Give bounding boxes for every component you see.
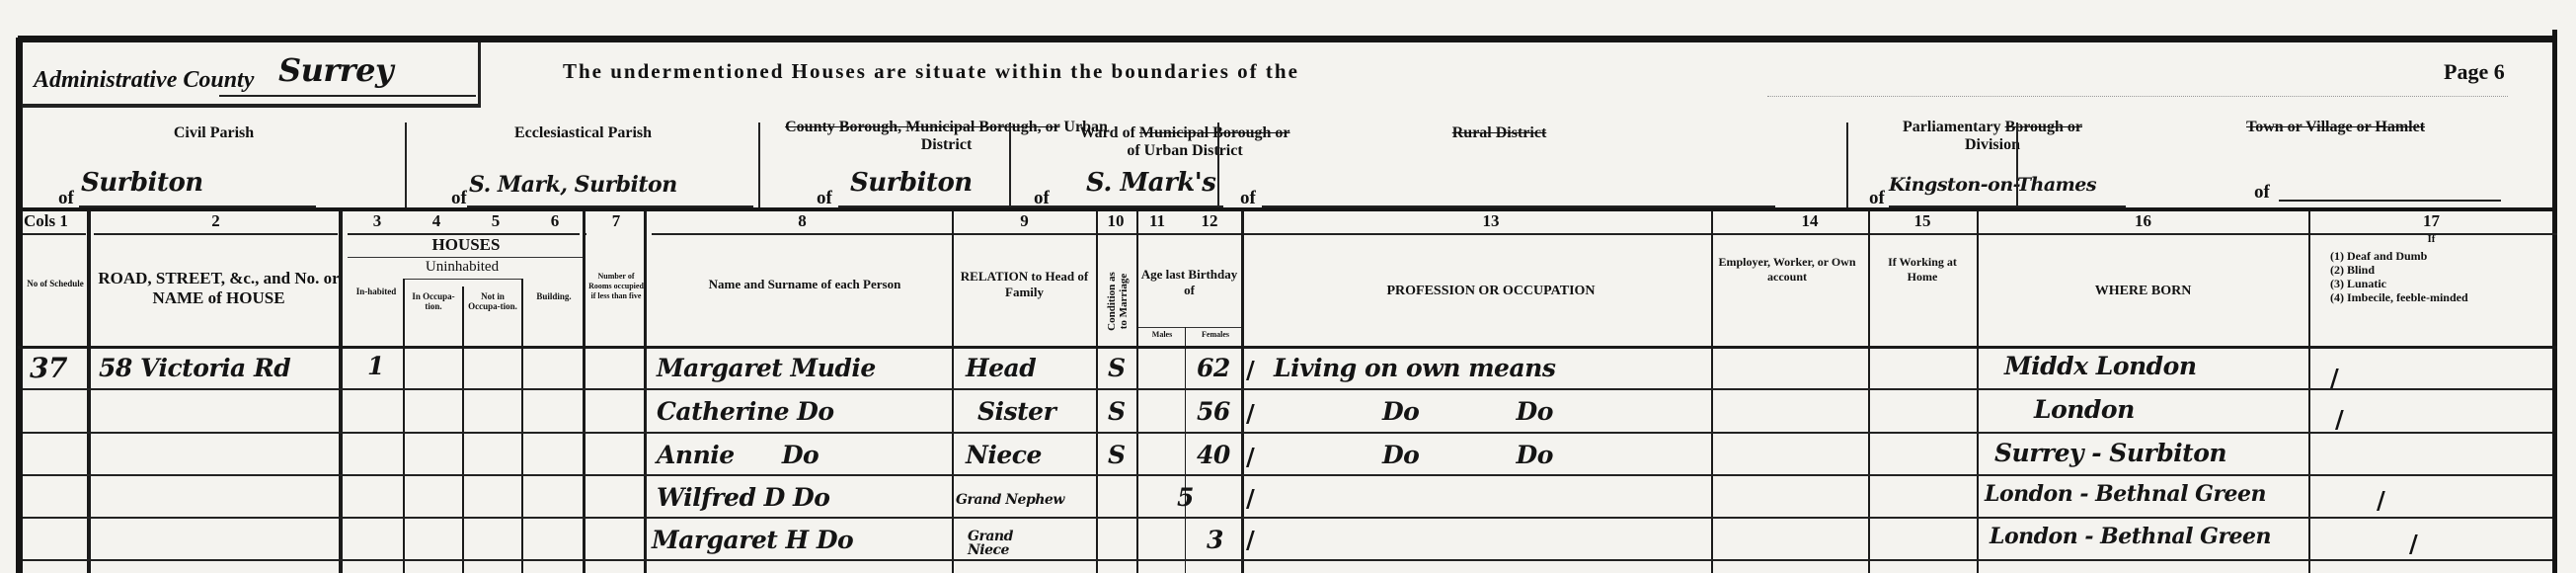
row-rule (23, 474, 2552, 476)
region-label-plain: Ward of (1079, 124, 1134, 141)
person-name: Wilfred D Do (657, 483, 829, 512)
infirmity-tick: / (2330, 364, 2339, 392)
infirmity-tick: / (2377, 486, 2385, 515)
col-divider (1868, 211, 1870, 573)
occupation: Do Do (1382, 397, 1553, 426)
row-rule (23, 388, 2552, 390)
region-of: of (451, 188, 467, 209)
county-underline (219, 95, 476, 97)
row-rule (23, 517, 2552, 519)
marital-condition: S (1108, 397, 1126, 426)
header-schedule-number: No of Schedule (23, 279, 88, 288)
col-number-14: 14 (1736, 211, 1884, 231)
infirmity-item: (2) Blind (2330, 263, 2547, 277)
col-divider (2308, 211, 2310, 573)
col-divider (521, 279, 523, 573)
occupation-tick: / (1246, 399, 1255, 428)
where-born: Surrey - Surbiton (1994, 439, 2226, 467)
relation: Niece (966, 441, 1042, 469)
region-separator (1217, 123, 1219, 207)
header-where-born: WHERE BORN (1978, 284, 2308, 299)
frame-border-left (16, 38, 23, 573)
col-number-12: 12 (1190, 211, 1229, 231)
region-separator (1009, 123, 1011, 207)
header-inhabited: In-habited (348, 286, 405, 296)
infirmity-item: (3) Lunatic (2330, 277, 2547, 290)
header-working-home: If Working at Home (1888, 255, 1957, 285)
col-number-4: 4 (407, 211, 466, 231)
region-label-plain: Parliamentary (1903, 119, 2001, 135)
region-of: of (1240, 188, 1256, 209)
person-name: Catherine Do (657, 397, 834, 426)
infirmity-item: (4) Imbecile, feeble-minded (2330, 290, 2547, 304)
col-number-2: 2 (94, 211, 338, 231)
county-label: Administrative County (34, 67, 254, 94)
person-name: Margaret Mudie (657, 354, 876, 382)
row-rule (23, 432, 2552, 434)
relation: Sister (977, 397, 1055, 426)
page-number: Page 6 (2444, 59, 2505, 85)
region-separator (1846, 123, 1848, 207)
region-separator (405, 123, 407, 207)
col-divider (1136, 211, 1138, 573)
age-female: 3 (1207, 526, 1223, 554)
occupation-tick: / (1246, 526, 1255, 554)
region-of: of (2254, 182, 2270, 204)
col-divider (1185, 327, 1186, 573)
ecclesiastical-parish-value: S. Mark, Surbiton (469, 172, 677, 198)
col-divider (952, 211, 954, 573)
region-label: Civil Parish (24, 124, 404, 142)
age-rule (1137, 327, 1241, 328)
parliamentary-division-value: Kingston-on-Thames (1889, 174, 2096, 196)
boundaries-banner: The undermentioned Houses are situate wi… (563, 59, 1299, 84)
age-female: 62 (1197, 354, 1230, 382)
region-label: Parliamentary Borough or Division (1849, 119, 2136, 154)
col-number-10: 10 (1096, 211, 1135, 231)
header-occupation: PROFESSION OR OCCUPATION (1293, 284, 1688, 299)
age-female: 56 (1197, 397, 1230, 426)
region-of: of (1869, 188, 1885, 209)
region-of: of (1034, 188, 1050, 209)
row-rule (23, 559, 2552, 561)
header-infirmity-if: If (2310, 233, 2552, 245)
region-label-plain2: Division (1965, 136, 2020, 153)
col-number-9: 9 (953, 211, 1096, 231)
region-separator (758, 123, 760, 207)
header-relation: RELATION to Head of Family (953, 269, 1096, 300)
col-divider (1977, 211, 1979, 573)
col-divider (583, 211, 585, 573)
inhabited-count: 1 (367, 352, 384, 380)
col-divider (1096, 211, 1098, 573)
col-number-8: 8 (652, 211, 953, 231)
region-separator (2016, 123, 2018, 207)
region-rural-district: Rural District of (1220, 107, 1778, 210)
header-age: Age last Birthday of (1137, 267, 1241, 298)
schedule-number: 37 (30, 352, 67, 384)
col-divider (462, 286, 464, 573)
header-employer: Employer, Worker, or Own account (1713, 255, 1861, 285)
header-bottom-rule (18, 346, 2557, 349)
header-building: Building. (523, 291, 585, 301)
col-number-15: 15 (1888, 211, 1957, 231)
header-infirmity-list: (1) Deaf and Dumb (2) Blind (3) Lunatic … (2330, 249, 2547, 304)
civil-parish-value: Surbiton (81, 168, 203, 198)
col-divider (403, 279, 405, 573)
col-number-1: Cols 1 (24, 211, 89, 231)
address: 58 Victoria Rd (99, 354, 290, 382)
colnum-rule (94, 233, 338, 235)
houses-rule (348, 257, 585, 258)
col-number-11: 11 (1137, 211, 1177, 231)
col-divider (339, 211, 343, 573)
occupation-tick: / (1246, 484, 1255, 513)
col-number-7: 7 (586, 211, 646, 231)
infirmity-item: (1) Deaf and Dumb (2330, 249, 2547, 263)
col-number-17: 17 (2310, 211, 2552, 231)
col-divider (1241, 211, 1244, 573)
where-born: London - Bethnal Green (1985, 481, 2266, 507)
relation: Grand Niece (968, 530, 1027, 557)
region-of: of (817, 188, 832, 209)
person-name: Annie Do (657, 441, 819, 469)
header-condition: Condition as to Marriage (1106, 270, 1130, 333)
where-born: Middx London (2004, 352, 2197, 380)
region-parliamentary-division: Parliamentary Borough or Division of Kin… (1849, 107, 2136, 210)
col-number-6: 6 (525, 211, 585, 231)
where-born: London (2034, 395, 2135, 424)
header-in-occupation: In Occupa-tion. (405, 291, 462, 311)
header-road-street: ROAD, STREET, &c., and No. or NAME of HO… (97, 269, 341, 308)
occupation: Living on own means (1274, 354, 1555, 382)
col-number-13: 13 (1293, 211, 1688, 231)
header-females: Females (1190, 330, 1241, 339)
col-number-5: 5 (466, 211, 525, 231)
occupation-tick: / (1246, 356, 1255, 384)
ward-value: S. Mark's (1086, 168, 1215, 198)
header-uninhabited: Uninhabited (403, 259, 521, 276)
occupation: Do Do (1382, 441, 1553, 469)
region-label-struck: Town or Village or Hamlet (2187, 119, 2552, 136)
header-males: Males (1137, 330, 1187, 339)
col-divider (1711, 211, 1713, 573)
col-number-3: 3 (348, 211, 407, 231)
region-of: of (58, 188, 74, 209)
col-divider (644, 211, 647, 573)
region-ecclesiastical-parish: Ecclesiastical Parish of S. Mark, Surbit… (408, 107, 758, 210)
frame-border-top (18, 36, 2557, 42)
age-male: 5 (1177, 483, 1194, 512)
header-houses: HOUSES (348, 235, 585, 255)
occupation-tick: / (1246, 443, 1255, 471)
county-value: Surrey (278, 51, 393, 89)
relation: Grand Nephew (956, 492, 1064, 508)
region-label-struck: Rural District (1220, 124, 1778, 142)
col-divider (87, 211, 91, 573)
colnum-rule (652, 233, 2557, 235)
person-name: Margaret H Do (652, 526, 853, 554)
dotted-rule (1767, 96, 2508, 97)
region-town-village: Town or Village or Hamlet of (2187, 107, 2552, 210)
frame-border-right (2552, 30, 2557, 573)
age-female: 40 (1197, 441, 1230, 469)
infirmity-tick: / (2409, 530, 2418, 558)
marital-condition: S (1108, 354, 1126, 382)
region-underline (2279, 200, 2501, 202)
colnum-rule (23, 233, 86, 235)
header-name: Name and Surname of each Person (681, 277, 928, 292)
header-rooms: Number of Rooms occupied if less than fi… (586, 272, 646, 301)
marital-condition: S (1108, 441, 1126, 469)
region-civil-parish: Civil Parish of Surbiton (24, 107, 404, 210)
region-label: Ecclesiastical Parish (408, 124, 758, 142)
relation: Head (966, 354, 1036, 382)
col-number-16: 16 (1978, 211, 2308, 231)
uninhabited-rule (405, 279, 521, 280)
urban-district-value: Surbiton (850, 168, 973, 198)
where-born: London - Bethnal Green (1990, 524, 2271, 549)
header-not-in-occupation: Not in Occupa-tion. (464, 291, 521, 311)
infirmity-tick: / (2335, 405, 2344, 434)
